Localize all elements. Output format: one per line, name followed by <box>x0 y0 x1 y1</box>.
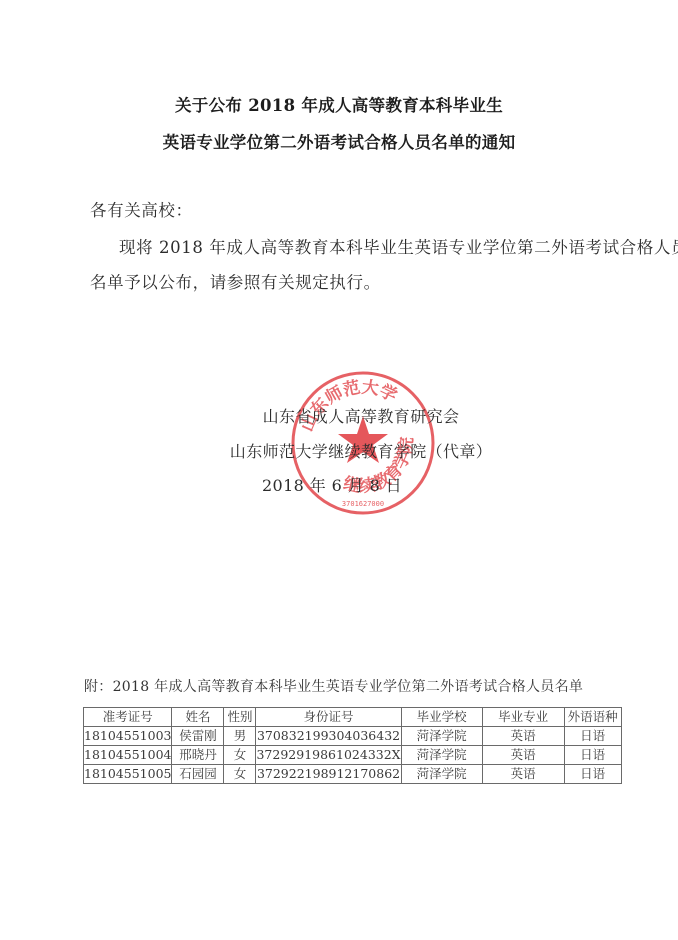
cell-school: 菏泽学院 <box>401 765 482 784</box>
cell-name: 石园园 <box>172 765 224 784</box>
cell-exam-number: 18104551004 <box>84 746 172 765</box>
cell-name: 侯雷刚 <box>172 727 224 746</box>
cell-id-number: 372922198912170862 <box>256 765 401 784</box>
salutation: 各有关高校： <box>90 197 193 221</box>
header-id-number: 身份证号 <box>256 708 401 727</box>
cell-id-number: 370832199304036432 <box>256 727 401 746</box>
cell-language: 日语 <box>564 727 621 746</box>
table-row: 18104551003 侯雷刚 男 370832199304036432 菏泽学… <box>84 727 622 746</box>
cell-gender: 男 <box>224 727 256 746</box>
cell-major: 英语 <box>482 765 564 784</box>
header-school: 毕业学校 <box>401 708 482 727</box>
signature-org-2: 山东师范大学继续教育学院（代章） <box>22 439 678 462</box>
table-row: 18104551005 石园园 女 372922198912170862 菏泽学… <box>84 765 622 784</box>
document-title-line-2: 英语专业学位第二外语考试合格人员名单的通知 <box>0 129 678 153</box>
cell-major: 英语 <box>482 727 564 746</box>
cell-gender: 女 <box>224 765 256 784</box>
cell-major: 英语 <box>482 746 564 765</box>
table-header-row: 准考证号 姓名 性别 身份证号 毕业学校 毕业专业 外语语种 <box>84 708 622 727</box>
signature-org-1: 山东省成人高等教育研究会 <box>22 404 678 427</box>
qualified-candidates-table: 准考证号 姓名 性别 身份证号 毕业学校 毕业专业 外语语种 181045510… <box>83 707 622 784</box>
document-title-line-1: 关于公布 2018 年成人高等教育本科毕业生 <box>0 92 678 116</box>
cell-language: 日语 <box>564 765 621 784</box>
cell-name: 邢晓丹 <box>172 746 224 765</box>
cell-gender: 女 <box>224 746 256 765</box>
cell-school: 菏泽学院 <box>401 746 482 765</box>
cell-id-number: 37292919861024332X <box>256 746 401 765</box>
table-row: 18104551004 邢晓丹 女 37292919861024332X 菏泽学… <box>84 746 622 765</box>
header-language: 外语语种 <box>564 708 621 727</box>
signature-date: 2018 年 6 月 8 日 <box>0 473 671 496</box>
header-exam-number: 准考证号 <box>84 708 172 727</box>
header-name: 姓名 <box>172 708 224 727</box>
cell-exam-number: 18104551005 <box>84 765 172 784</box>
cell-school: 菏泽学院 <box>401 727 482 746</box>
body-paragraph-line-1: 现将 2018 年成人高等教育本科毕业生英语专业学位第二外语考试合格人员 <box>119 234 678 258</box>
header-gender: 性别 <box>224 708 256 727</box>
body-paragraph-line-2: 名单予以公布，请参照有关规定执行。 <box>90 269 381 293</box>
cell-exam-number: 18104551003 <box>84 727 172 746</box>
attachment-title: 附：2018 年成人高等教育本科毕业生英语专业学位第二外语考试合格人员名单 <box>84 676 583 696</box>
cell-language: 日语 <box>564 746 621 765</box>
header-major: 毕业专业 <box>482 708 564 727</box>
svg-text:3701627000: 3701627000 <box>342 500 384 508</box>
